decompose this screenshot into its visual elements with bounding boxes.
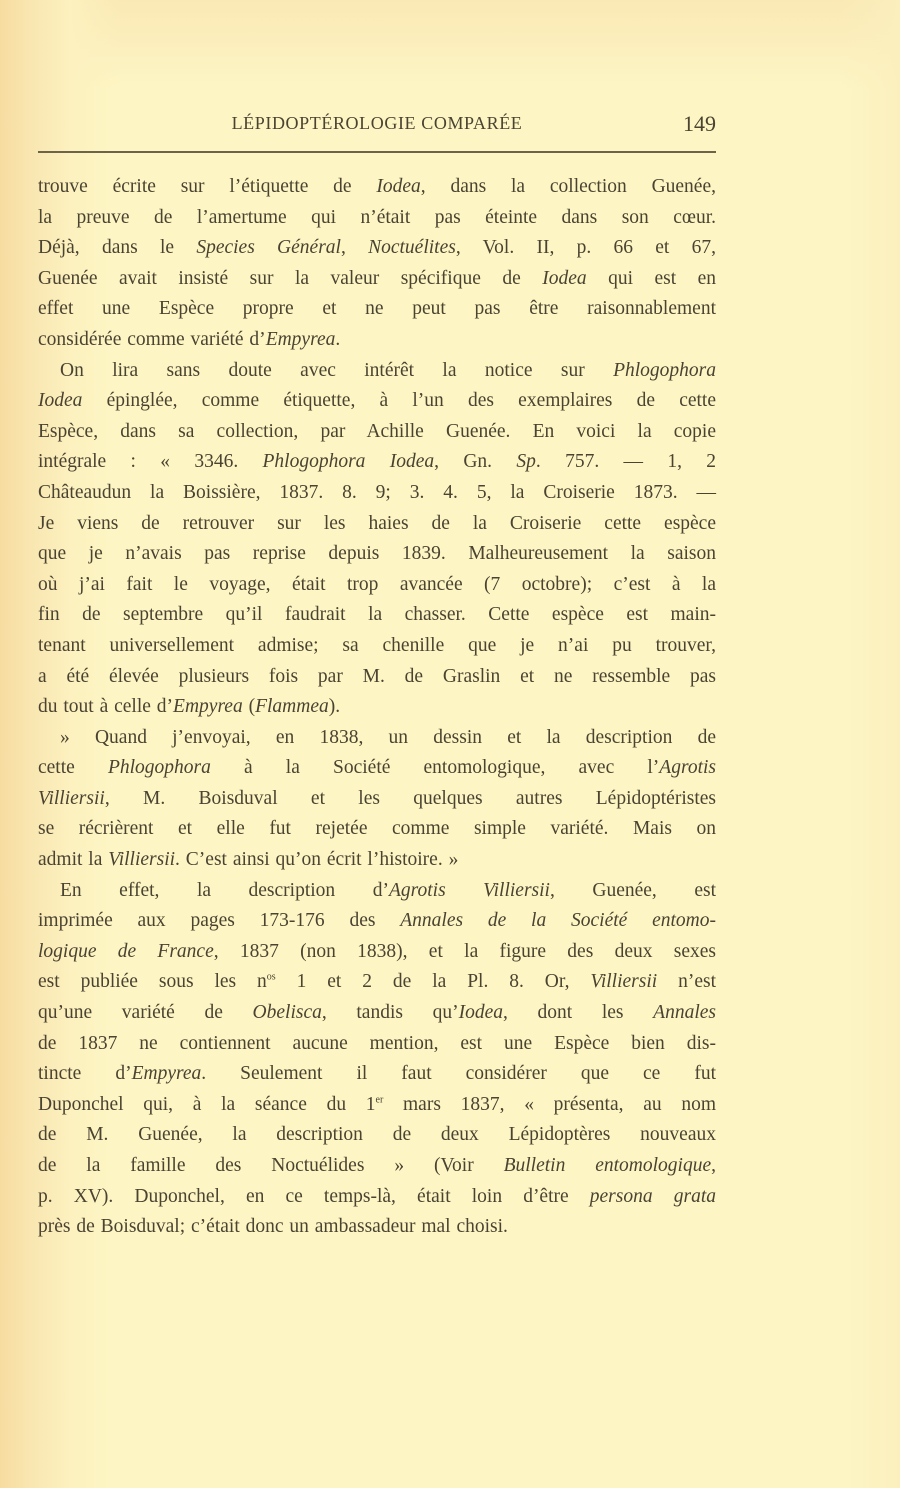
italic-text: Obelisca [253,1002,322,1023]
italic-text: Phlogophora Iodea [263,451,435,472]
text-line: intégrale : « 3346. Phlogophora Iodea, G… [38,447,716,478]
text-segment: à la Société entomologique, avec l’ [211,757,659,778]
text-segment: de la famille des Noctuélides » (Voir [38,1155,504,1176]
paragraph: trouve écrite sur l’étiquette de Iodea, … [38,172,716,356]
text-segment: cette [38,757,108,778]
italic-text: Empyrea [173,696,243,717]
text-line: Iodea épinglée, comme étiquette, à l’un … [38,386,716,417]
text-segment: , tandis qu’ [322,1002,459,1023]
text-line: qu’une variété de Obelisca, tandis qu’Io… [38,998,716,1029]
text-segment: est publiée sous les n [38,971,267,992]
italic-text: Agrotis [659,757,716,778]
text-segment: de M. Guenée, la description de deux Lép… [38,1124,716,1145]
body-text: trouve écrite sur l’étiquette de Iodea, … [38,172,716,1243]
text-line: du tout à celle d’Empyrea (Flammea). [38,692,716,723]
text-segment: a été élevée plusieurs fois par M. de Gr… [38,666,716,687]
text-segment: . [335,329,340,350]
text-line: Villiersii, M. Boisduval et les quelques… [38,784,716,815]
text-segment: Duponchel qui, à la séance du 1 [38,1094,376,1115]
text-line: Je viens de retrouver sur les haies de l… [38,509,716,540]
italic-text: logique de France [38,941,214,962]
text-line: On lira sans doute avec intérêt la notic… [38,356,716,387]
text-line: p. XV). Duponchel, en ce temps-là, était… [38,1182,716,1213]
text-segment: tincte d’ [38,1063,132,1084]
italic-text: Annales de la Société entomo- [400,910,716,931]
header-rule [38,151,716,153]
text-line: logique de France, 1837 (non 1838), et l… [38,937,716,968]
text-segment: , [711,1155,716,1176]
text-segment: que je n’avais pas reprise depuis 1839. … [38,543,716,564]
text-segment: imprimée aux pages 173-176 des [38,910,400,931]
superscript-text: os [267,972,276,983]
text-segment: intégrale : « 3346. [38,451,263,472]
text-segment: où j’ai fait le voyage, était trop avanc… [38,574,716,595]
text-line: où j’ai fait le voyage, était trop avanc… [38,570,716,601]
text-line: Châteaudun la Boissière, 1837. 8. 9; 3. … [38,478,716,509]
text-line: admit la Villiersii. C’est ainsi qu’on é… [38,845,716,876]
italic-text: Flammea [255,696,329,717]
text-line: Guenée avait insisté sur la valeur spéci… [38,264,716,295]
italic-text: Empyrea [132,1063,202,1084]
text-segment: En effet, la description d’ [60,880,389,901]
text-segment: Espèce, dans sa collection, par Achille … [38,421,716,442]
text-segment: qui est en [587,268,716,289]
italic-text: Iodea [542,268,586,289]
italic-text: Agrotis Villiersii [389,880,550,901]
text-line: est publiée sous les nos 1 et 2 de la Pl… [38,967,716,998]
text-line: trouve écrite sur l’étiquette de Iodea, … [38,172,716,203]
text-segment: . C’est ainsi qu’on écrit l’histoire. » [175,849,458,870]
text-segment: , [341,237,368,258]
text-segment: tenant universellement admise; sa chenil… [38,635,716,656]
text-segment: . 757. — 1, 2 [536,451,716,472]
text-line: a été élevée plusieurs fois par M. de Gr… [38,662,716,693]
text-segment: , dans la collection Guenée, [421,176,716,197]
text-segment: , dont les [503,1002,653,1023]
text-line: tenant universellement admise; sa chenil… [38,631,716,662]
italic-text: Noctuélites [368,237,456,258]
text-segment: mars 1837, « présenta, au nom [383,1094,716,1115]
page-number: 149 [683,111,716,137]
paragraph: » Quand j’envoyai, en 1838, un dessin et… [38,723,716,876]
text-line: de 1837 ne contiennent aucune mention, e… [38,1029,716,1060]
text-segment: du tout à celle d’ [38,696,173,717]
page-header: LÉPIDOPTÉROLOGIE COMPARÉE 149 [38,113,716,143]
text-segment: Je viens de retrouver sur les haies de l… [38,513,716,534]
text-segment: , Vol. II, p. 66 et 67, [456,237,716,258]
italic-text: Phlogophora [613,360,716,381]
italic-text: Villiersii [108,849,175,870]
italic-text: Empyrea [266,329,336,350]
text-segment: » Quand j’envoyai, en 1838, un dessin et… [60,727,716,748]
text-segment: près de Boisduval; c’était donc un ambas… [38,1216,508,1237]
text-line: tincte d’Empyrea. Seulement il faut cons… [38,1059,716,1090]
text-segment: effet une Espèce propre et ne peut pas ê… [38,298,716,319]
text-line: En effet, la description d’Agrotis Villi… [38,876,716,907]
text-line: de la famille des Noctuélides » (Voir Bu… [38,1151,716,1182]
italic-text: Annales [653,1002,716,1023]
page-edge-shading [840,0,900,1488]
text-line: de M. Guenée, la description de deux Lép… [38,1120,716,1151]
italic-text: Iodea [38,390,82,411]
text-segment: considérée comme variété d’ [38,329,266,350]
text-line: » Quand j’envoyai, en 1838, un dessin et… [38,723,716,754]
text-segment: se récrièrent et elle fut rejetée comme … [38,818,716,839]
italic-text: Iodea [459,1002,503,1023]
italic-text: Villiersii [590,971,657,992]
text-line: près de Boisduval; c’était donc un ambas… [38,1212,716,1243]
text-segment: de 1837 ne contiennent aucune mention, e… [38,1033,716,1054]
italic-text: persona grata [590,1186,716,1207]
text-segment: la preuve de l’amertume qui n’était pas … [38,207,716,228]
text-segment: , Gn. [434,451,516,472]
text-line: Duponchel qui, à la séance du 1er mars 1… [38,1090,716,1121]
italic-text: Villiersii [38,788,105,809]
text-line: Espèce, dans sa collection, par Achille … [38,417,716,448]
text-line: que je n’avais pas reprise depuis 1839. … [38,539,716,570]
text-segment: ). [329,696,340,717]
text-segment: 1 et 2 de la Pl. 8. Or, [276,971,591,992]
text-line: la preuve de l’amertume qui n’était pas … [38,203,716,234]
italic-text: Bulletin entomologique [504,1155,712,1176]
text-segment: admit la [38,849,108,870]
text-segment: fin de septembre qu’il faudrait la chass… [38,604,716,625]
text-segment: qu’une variété de [38,1002,253,1023]
text-line: imprimée aux pages 173-176 des Annales d… [38,906,716,937]
text-segment: ( [243,696,255,717]
italic-text: Sp [516,451,536,472]
text-segment: p. XV). Duponchel, en ce temps-là, était… [38,1186,590,1207]
italic-text: Species Général [196,237,341,258]
text-segment: n’est [657,971,716,992]
text-line: cette Phlogophora à la Société entomolog… [38,753,716,784]
text-segment: épinglée, comme étiquette, à l’un des ex… [82,390,716,411]
text-segment: . Seulement il faut considérer que ce fu… [201,1063,716,1084]
text-line: fin de septembre qu’il faudrait la chass… [38,600,716,631]
text-segment: , 1837 (non 1838), et la figure des deux… [214,941,716,962]
text-line: effet une Espèce propre et ne peut pas ê… [38,294,716,325]
text-segment: On lira sans doute avec intérêt la notic… [60,360,613,381]
text-line: se récrièrent et elle fut rejetée comme … [38,814,716,845]
text-segment: Châteaudun la Boissière, 1837. 8. 9; 3. … [38,482,716,503]
text-segment: trouve écrite sur l’étiquette de [38,176,376,197]
text-segment: , Guenée, est [550,880,716,901]
text-segment: , M. Boisduval et les quelques autres Lé… [105,788,716,809]
italic-text: Iodea [376,176,420,197]
paragraph: En effet, la description d’Agrotis Villi… [38,876,716,1243]
text-line: considérée comme variété d’Empyrea. [38,325,716,356]
text-segment: Guenée avait insisté sur la valeur spéci… [38,268,542,289]
running-title: LÉPIDOPTÉROLOGIE COMPARÉE [38,113,716,134]
paragraph: On lira sans doute avec intérêt la notic… [38,356,716,723]
italic-text: Phlogophora [108,757,211,778]
text-line: Déjà, dans le Species Général, Noctuélit… [38,233,716,264]
text-segment: Déjà, dans le [38,237,196,258]
